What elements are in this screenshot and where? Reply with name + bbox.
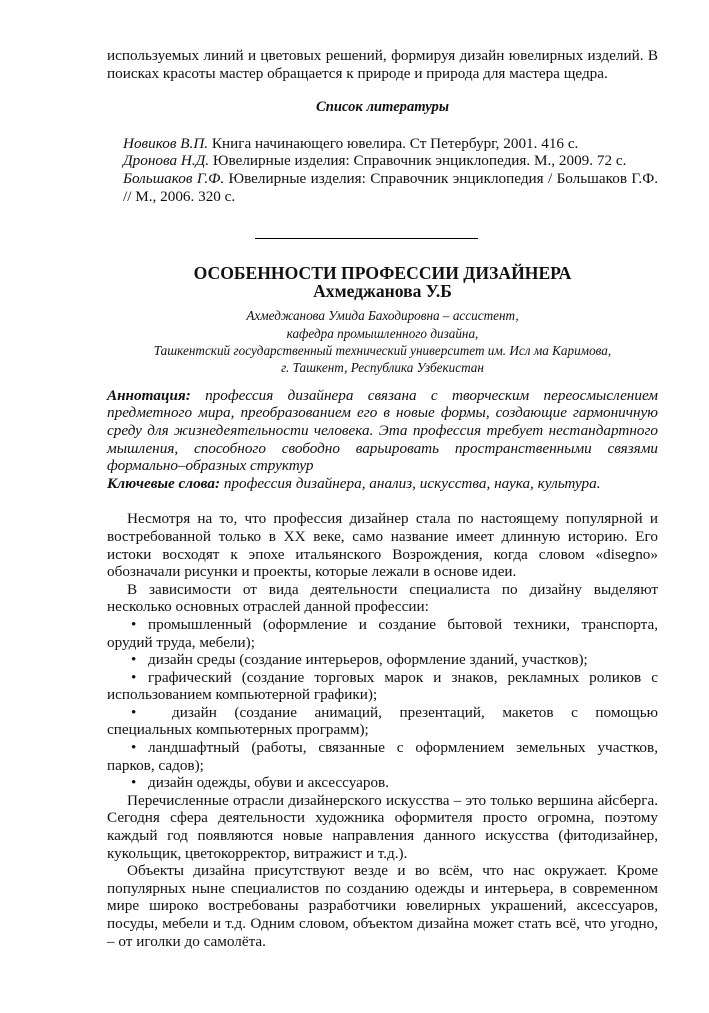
body-paragraph: Перечисленные отрасли дизайнерского иску… <box>107 792 658 862</box>
bullet-icon: • <box>131 616 148 634</box>
affiliation-line: Ташкентский государственный технический … <box>107 342 658 359</box>
reference-text: Книга начинающего ювелира. Ст Петербург,… <box>208 135 578 152</box>
body-paragraph: Несмотря на то, что профессия дизайнер с… <box>107 510 658 580</box>
reference-author: Новиков В.П. <box>123 135 208 152</box>
list-item: •дизайн одежды, обуви и аксессуаров. <box>107 774 658 792</box>
affiliation-line: г. Ташкент, Республика Узбекистан <box>107 359 658 376</box>
reference-author: Большаков Г.Ф. <box>123 170 224 187</box>
list-item: •промышленный (оформление и создание быт… <box>107 616 658 651</box>
annotation-label: Аннотация: <box>107 387 191 404</box>
body-paragraph: Объекты дизайна присутствуют везде и во … <box>107 862 658 950</box>
list-item-text: графический (создание торговых марок и з… <box>107 669 658 704</box>
references-title: Список литературы <box>107 99 658 117</box>
list-item: •графический (создание торговых марок и … <box>107 669 658 704</box>
keywords-text: профессия дизайнера, анализ, искусства, … <box>220 475 601 492</box>
bullet-icon: • <box>131 704 172 722</box>
list-item-text: дизайн одежды, обуви и аксессуаров. <box>148 774 389 791</box>
author-affiliation: Ахмеджанова Умида Баходировна – ассистен… <box>107 307 658 377</box>
article-title: ОСОБЕННОСТИ ПРОФЕССИИ ДИЗАЙНЕРА <box>107 264 658 282</box>
annotation: Аннотация: профессия дизайнера связана с… <box>107 387 658 475</box>
list-item-text: дизайн (создание анимаций, презентаций, … <box>107 704 658 739</box>
body-paragraph: В зависимости от вида деятельности специ… <box>107 581 658 616</box>
references-list: Новиков В.П. Книга начинающего ювелира. … <box>107 135 658 205</box>
bullet-icon: • <box>131 651 148 669</box>
list-item-text: дизайн среды (создание интерьеров, оформ… <box>148 651 588 668</box>
list-item-text: ландшафтный (работы, связанные с оформле… <box>107 739 658 774</box>
article-author: Ахмеджанова У.Б <box>107 282 658 300</box>
intro-paragraph: используемых линий и цветовых решений, ф… <box>107 47 658 82</box>
section-divider <box>255 238 478 239</box>
reference-item: Большаков Г.Ф. Ювелирные изделия: Справо… <box>123 170 658 205</box>
reference-author: Дронова Н.Д. <box>123 152 209 169</box>
reference-text: Ювелирные изделия: Справочник энциклопед… <box>209 152 626 169</box>
affiliation-line: Ахмеджанова Умида Баходировна – ассистен… <box>107 307 658 324</box>
list-item: •ландшафтный (работы, связанные с оформл… <box>107 739 658 774</box>
reference-item: Дронова Н.Д. Ювелирные изделия: Справочн… <box>123 152 658 170</box>
bullet-icon: • <box>131 739 148 757</box>
affiliation-line: кафедра промышленного дизайна, <box>107 325 658 342</box>
list-item: •дизайн среды (создание интерьеров, офор… <box>107 651 658 669</box>
document-page: используемых линий и цветовых решений, ф… <box>107 47 658 950</box>
bullet-icon: • <box>131 669 148 687</box>
bullet-icon: • <box>131 774 148 792</box>
reference-item: Новиков В.П. Книга начинающего ювелира. … <box>123 135 658 153</box>
keywords: Ключевые слова: профессия дизайнера, ана… <box>107 475 658 493</box>
keywords-label: Ключевые слова: <box>107 475 220 492</box>
design-branches-list: •промышленный (оформление и создание быт… <box>107 616 658 792</box>
list-item-text: промышленный (оформление и создание быто… <box>107 616 658 651</box>
list-item: •дизайн (создание анимаций, презентаций,… <box>107 704 658 739</box>
